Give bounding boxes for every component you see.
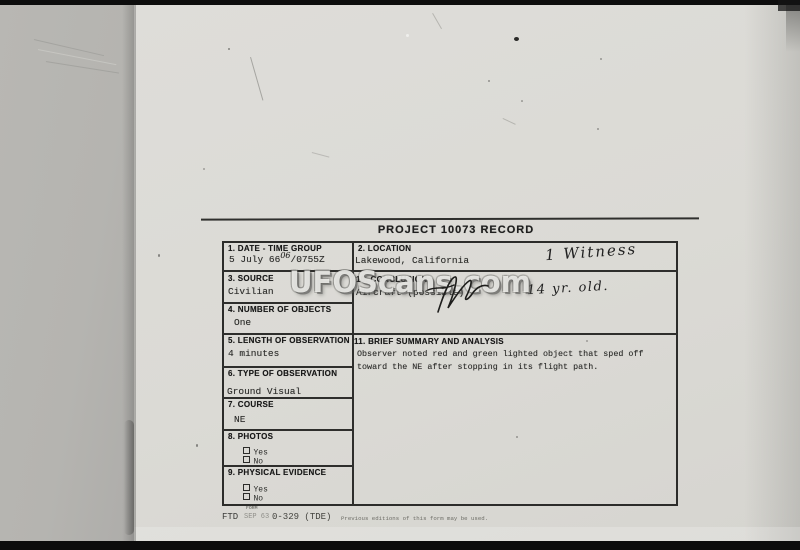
row-divider (222, 465, 353, 467)
physical-evidence-no-option: No (243, 493, 263, 504)
speck (488, 80, 490, 82)
scan-background-left (0, 3, 134, 542)
field-label-course: 7. COURSE (228, 400, 274, 409)
seam-smudge (124, 420, 134, 535)
summary-line-1: Observer noted red and green lighted obj… (357, 349, 643, 359)
white-speck (406, 34, 409, 37)
photos-no-label: No (254, 458, 264, 467)
page-bottom-band (134, 527, 800, 541)
photos-no-option: No (243, 456, 263, 467)
field-value-course: NE (234, 414, 245, 425)
summary-line-2: toward the NE after stopping in its flig… (357, 362, 598, 372)
paper-crease (34, 39, 104, 56)
checkbox-photos-yes (243, 447, 250, 454)
speck (203, 168, 205, 170)
paper-crease (38, 49, 117, 65)
row-divider (222, 302, 353, 304)
row-divider (222, 429, 353, 431)
field-label-source: 3. SOURCE (228, 274, 274, 283)
signature-scribble (424, 268, 496, 316)
field-label-location: 2. LOCATION (358, 244, 411, 253)
field-label-physical-evidence: 9. PHYSICAL EVIDENCE (228, 468, 326, 477)
speck (158, 254, 160, 257)
footer-form-word: FORM (246, 505, 258, 511)
field-label-type-of-observation: 6. TYPE OF OBSERVATION (228, 369, 337, 378)
date-handwritten-superscript: 06 (280, 251, 290, 260)
footer-org: FTD (222, 512, 238, 522)
row-divider (222, 333, 678, 335)
footer-form-number: 0-329 (TDE) (272, 512, 331, 522)
field-label-brief-summary: 11. BRIEF SUMMARY AND ANALYSIS (354, 337, 504, 346)
field-label-photos: 8. PHOTOS (228, 432, 273, 441)
field-label-length-of-observation: 5. LENGTH OF OBSERVATION (228, 336, 350, 345)
date-zulu-time: /0755Z (291, 254, 325, 265)
field-value-date-time-group: 5 July 6606/0755Z (229, 254, 325, 265)
scanned-document: PROJECT 10073 RECORD 1. DATE - TIME GROU… (0, 0, 800, 550)
physical-evidence-no-label: No (254, 495, 264, 504)
checkbox-physical-evidence-yes (243, 484, 250, 491)
form-type: (TDE) (304, 512, 331, 522)
form-title: PROJECT 10073 RECORD (226, 224, 686, 236)
field-value-number-of-objects: One (234, 317, 251, 328)
ink-speck (514, 37, 519, 41)
field-value-length-of-observation: 4 minutes (228, 348, 279, 359)
checkbox-physical-evidence-no (243, 493, 250, 500)
scan-black-bar-bottom (0, 541, 800, 550)
speck (600, 58, 602, 60)
scan-black-corner (778, 0, 800, 11)
footer-note: Previous editions of this form may be us… (341, 515, 488, 522)
speck (196, 444, 198, 447)
date-typed: 5 July 66 (229, 254, 280, 265)
speck (597, 128, 599, 130)
page-edge-shadow-right (744, 3, 800, 542)
checkbox-photos-no (243, 456, 250, 463)
form-number: 0-329 (272, 512, 299, 522)
field-value-type-of-observation: Ground Visual (227, 386, 301, 397)
footer-form-date: SEP 63 (244, 513, 269, 521)
speck (521, 100, 523, 102)
field-value-source: Civilian (228, 286, 274, 297)
speck (228, 48, 230, 50)
row-divider (222, 366, 353, 368)
scan-black-bar-top (0, 0, 800, 5)
field-label-date-time-group: 1. DATE - TIME GROUP (228, 244, 322, 253)
field-label-number-of-objects: 4. NUMBER OF OBJECTS (228, 305, 331, 314)
row-divider (222, 397, 353, 399)
